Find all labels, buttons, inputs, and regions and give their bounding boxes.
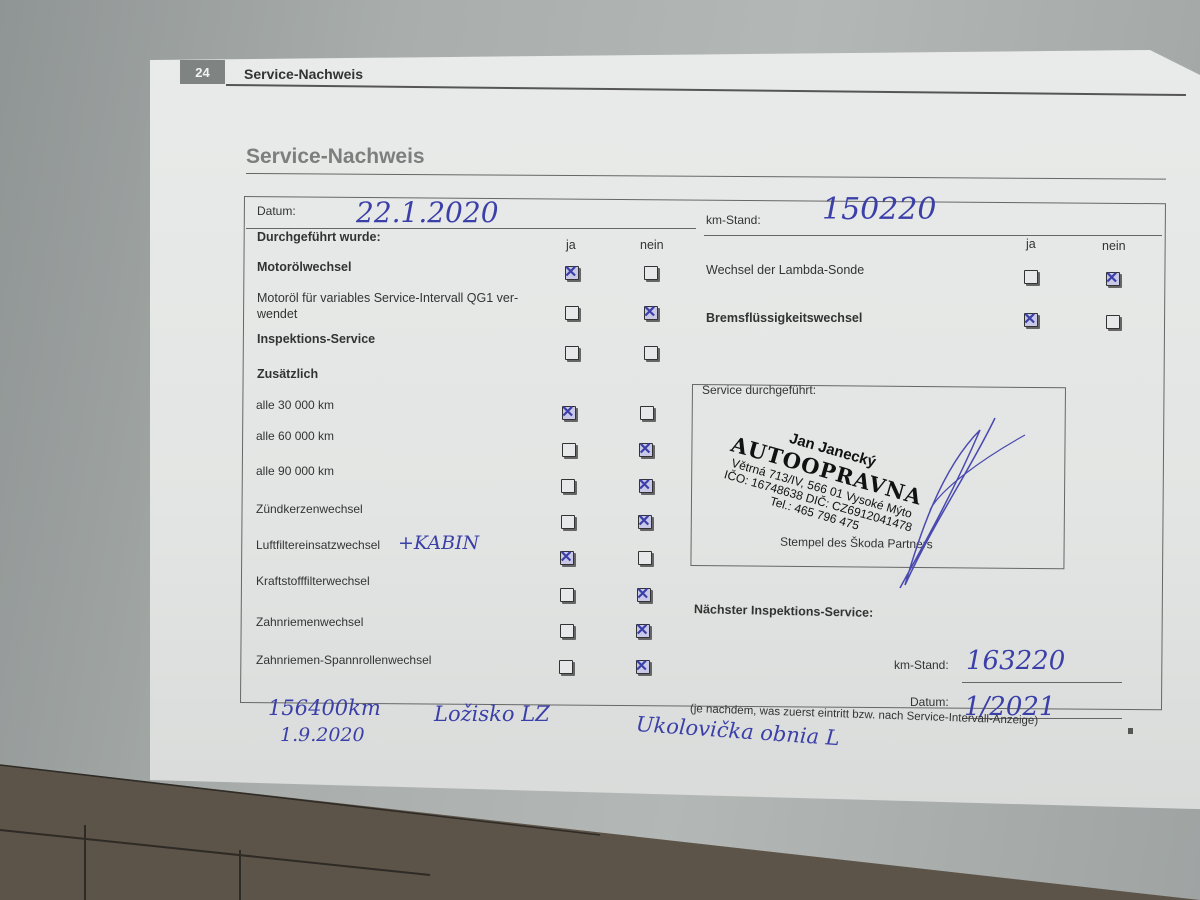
note-part1: Ložisko LZ bbox=[434, 702, 550, 726]
note-date: 1.9.2020 bbox=[280, 724, 365, 746]
note-km: 156400km bbox=[268, 696, 381, 720]
next-km-underline bbox=[962, 682, 1122, 683]
next-km-value[interactable]: 163220 bbox=[966, 646, 1065, 676]
next-km-label: km-Stand: bbox=[894, 658, 949, 672]
next-date-label: Datum: bbox=[910, 695, 949, 709]
signature-icon bbox=[0, 0, 1200, 900]
page-marker bbox=[1128, 728, 1133, 734]
